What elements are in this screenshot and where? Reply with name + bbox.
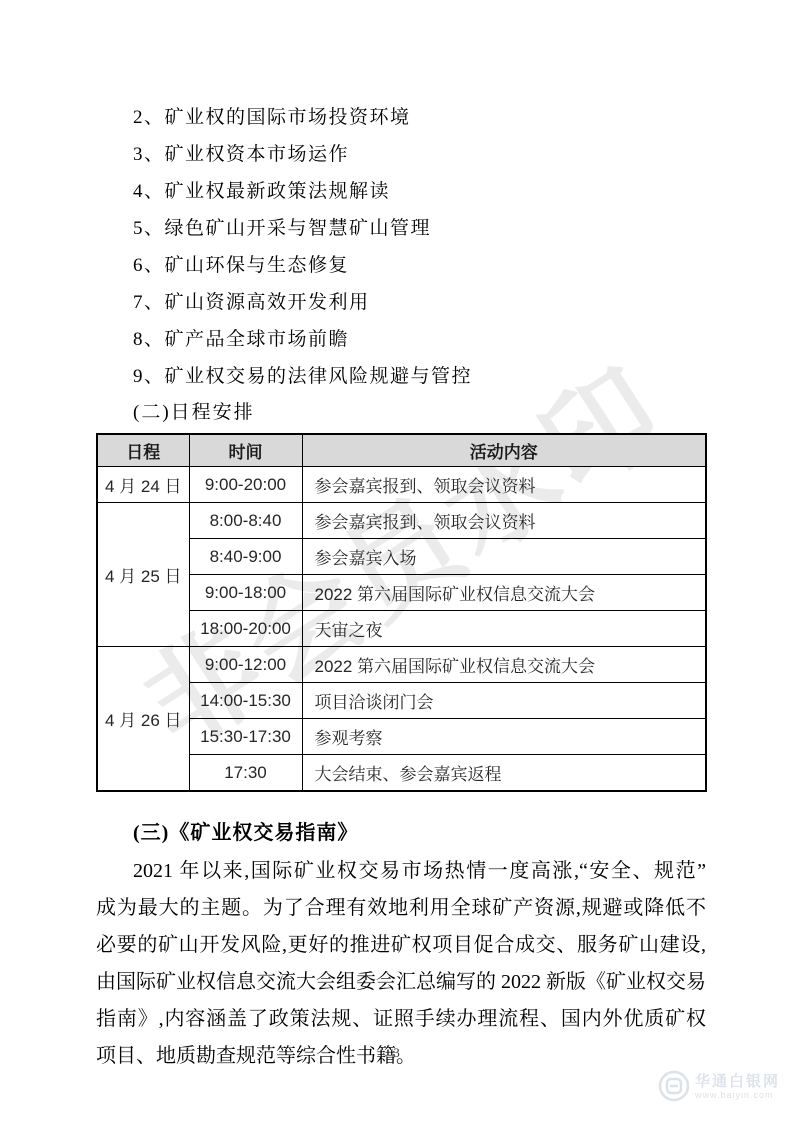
time-cell: 14:00-15:30 — [189, 683, 302, 719]
time-cell: 8:40-9:00 — [189, 539, 302, 575]
activity-cell: 参会嘉宾报到、领取会议资料 — [302, 503, 706, 539]
table-row: 4 月 25 日 8:00-8:40 参会嘉宾报到、领取会议资料 — [97, 503, 706, 539]
page-number: 3 — [0, 1045, 793, 1061]
list-item: 8、矿产品全球市场前瞻 — [133, 322, 706, 358]
list-item: 9、矿业权交易的法律风险规避与管控 — [133, 359, 706, 395]
time-cell: 9:00-12:00 — [189, 647, 302, 683]
table-header-row: 日程 时间 活动内容 — [97, 434, 706, 467]
activity-cell: 2022 第六届国际矿业权信息交流大会 — [302, 575, 706, 611]
paragraph-line: 成为最大的主题。为了合理有效地利用全球矿产资源,规避或降低不 — [96, 890, 706, 927]
list-item: 6、矿山环保与生态修复 — [133, 248, 706, 284]
site-logo-text: 华通白银网 www.baiyin.com — [695, 1073, 780, 1100]
topic-list: 2、矿业权的国际市场投资环境 3、矿业权资本市场运作 4、矿业权最新政策法规解读… — [133, 100, 706, 395]
date-cell: 4 月 24 日 — [97, 467, 189, 503]
schedule-table: 日程 时间 活动内容 4 月 24 日 9:00-20:00 参会嘉宾报到、领取… — [96, 433, 707, 792]
column-header-time: 时间 — [189, 434, 302, 467]
activity-cell: 项目洽谈闭门会 — [302, 683, 706, 719]
activity-cell: 2022 第六届国际矿业权信息交流大会 — [302, 647, 706, 683]
document-page: 非会员水印 2、矿业权的国际市场投资环境 3、矿业权资本市场运作 4、矿业权最新… — [0, 0, 793, 1122]
table-row: 9:00-18:00 2022 第六届国际矿业权信息交流大会 — [97, 575, 706, 611]
date-cell: 4 月 25 日 — [97, 503, 189, 647]
table-row: 4 月 26 日 9:00-12:00 2022 第六届国际矿业权信息交流大会 — [97, 647, 706, 683]
activity-cell: 参会嘉宾入场 — [302, 539, 706, 575]
time-cell: 18:00-20:00 — [189, 611, 302, 647]
schedule-heading: (二)日程安排 — [133, 397, 706, 429]
table-row: 4 月 24 日 9:00-20:00 参会嘉宾报到、领取会议资料 — [97, 467, 706, 503]
list-item: 2、矿业权的国际市场投资环境 — [133, 100, 706, 136]
paragraph-line: 2021 年以来,国际矿业权交易市场热情一度高涨,“安全、规范” — [96, 853, 706, 890]
time-cell: 9:00-18:00 — [189, 575, 302, 611]
paragraph-line: 指南》,内容涵盖了政策法规、证照手续办理流程、国内外优质矿权 — [96, 1001, 706, 1038]
activity-cell: 天宙之夜 — [302, 611, 706, 647]
activity-cell: 参会嘉宾报到、领取会议资料 — [302, 467, 706, 503]
paragraph-line: 必要的矿山开发风险,更好的推进矿权项目促合成交、服务矿山建设, — [96, 927, 706, 964]
site-logo-watermark: 华通白银网 www.baiyin.com — [658, 1070, 780, 1102]
time-cell: 15:30-17:30 — [189, 719, 302, 755]
date-cell: 4 月 26 日 — [97, 647, 189, 792]
table-row: 17:30 大会结束、参会嘉宾返程 — [97, 755, 706, 792]
activity-cell: 大会结束、参会嘉宾返程 — [302, 755, 706, 792]
activity-cell: 参观考察 — [302, 719, 706, 755]
body-paragraph: 2021 年以来,国际矿业权交易市场热情一度高涨,“安全、规范” 成为最大的主题… — [96, 853, 706, 1075]
site-logo-name: 华通白银网 — [695, 1073, 780, 1090]
time-cell: 17:30 — [189, 755, 302, 792]
paragraph-line: 由国际矿业权信息交流大会组委会汇总编写的 2022 新版《矿业权交易 — [96, 964, 706, 1001]
table-row: 14:00-15:30 项目洽谈闭门会 — [97, 683, 706, 719]
site-logo-icon — [658, 1070, 690, 1102]
column-header-date: 日程 — [97, 434, 189, 467]
list-item: 4、矿业权最新政策法规解读 — [133, 174, 706, 210]
site-logo-url: www.baiyin.com — [695, 1090, 780, 1100]
table-row: 8:40-9:00 参会嘉宾入场 — [97, 539, 706, 575]
page-content: 2、矿业权的国际市场投资环境 3、矿业权资本市场运作 4、矿业权最新政策法规解读… — [96, 100, 706, 1075]
table-row: 15:30-17:30 参观考察 — [97, 719, 706, 755]
time-cell: 9:00-20:00 — [189, 467, 302, 503]
guide-heading: (三)《矿业权交易指南》 — [133, 818, 706, 848]
table-row: 18:00-20:00 天宙之夜 — [97, 611, 706, 647]
list-item: 7、矿山资源高效开发利用 — [133, 285, 706, 321]
list-item: 5、绿色矿山开采与智慧矿山管理 — [133, 211, 706, 247]
list-item: 3、矿业权资本市场运作 — [133, 137, 706, 173]
column-header-activity: 活动内容 — [302, 434, 706, 467]
time-cell: 8:00-8:40 — [189, 503, 302, 539]
